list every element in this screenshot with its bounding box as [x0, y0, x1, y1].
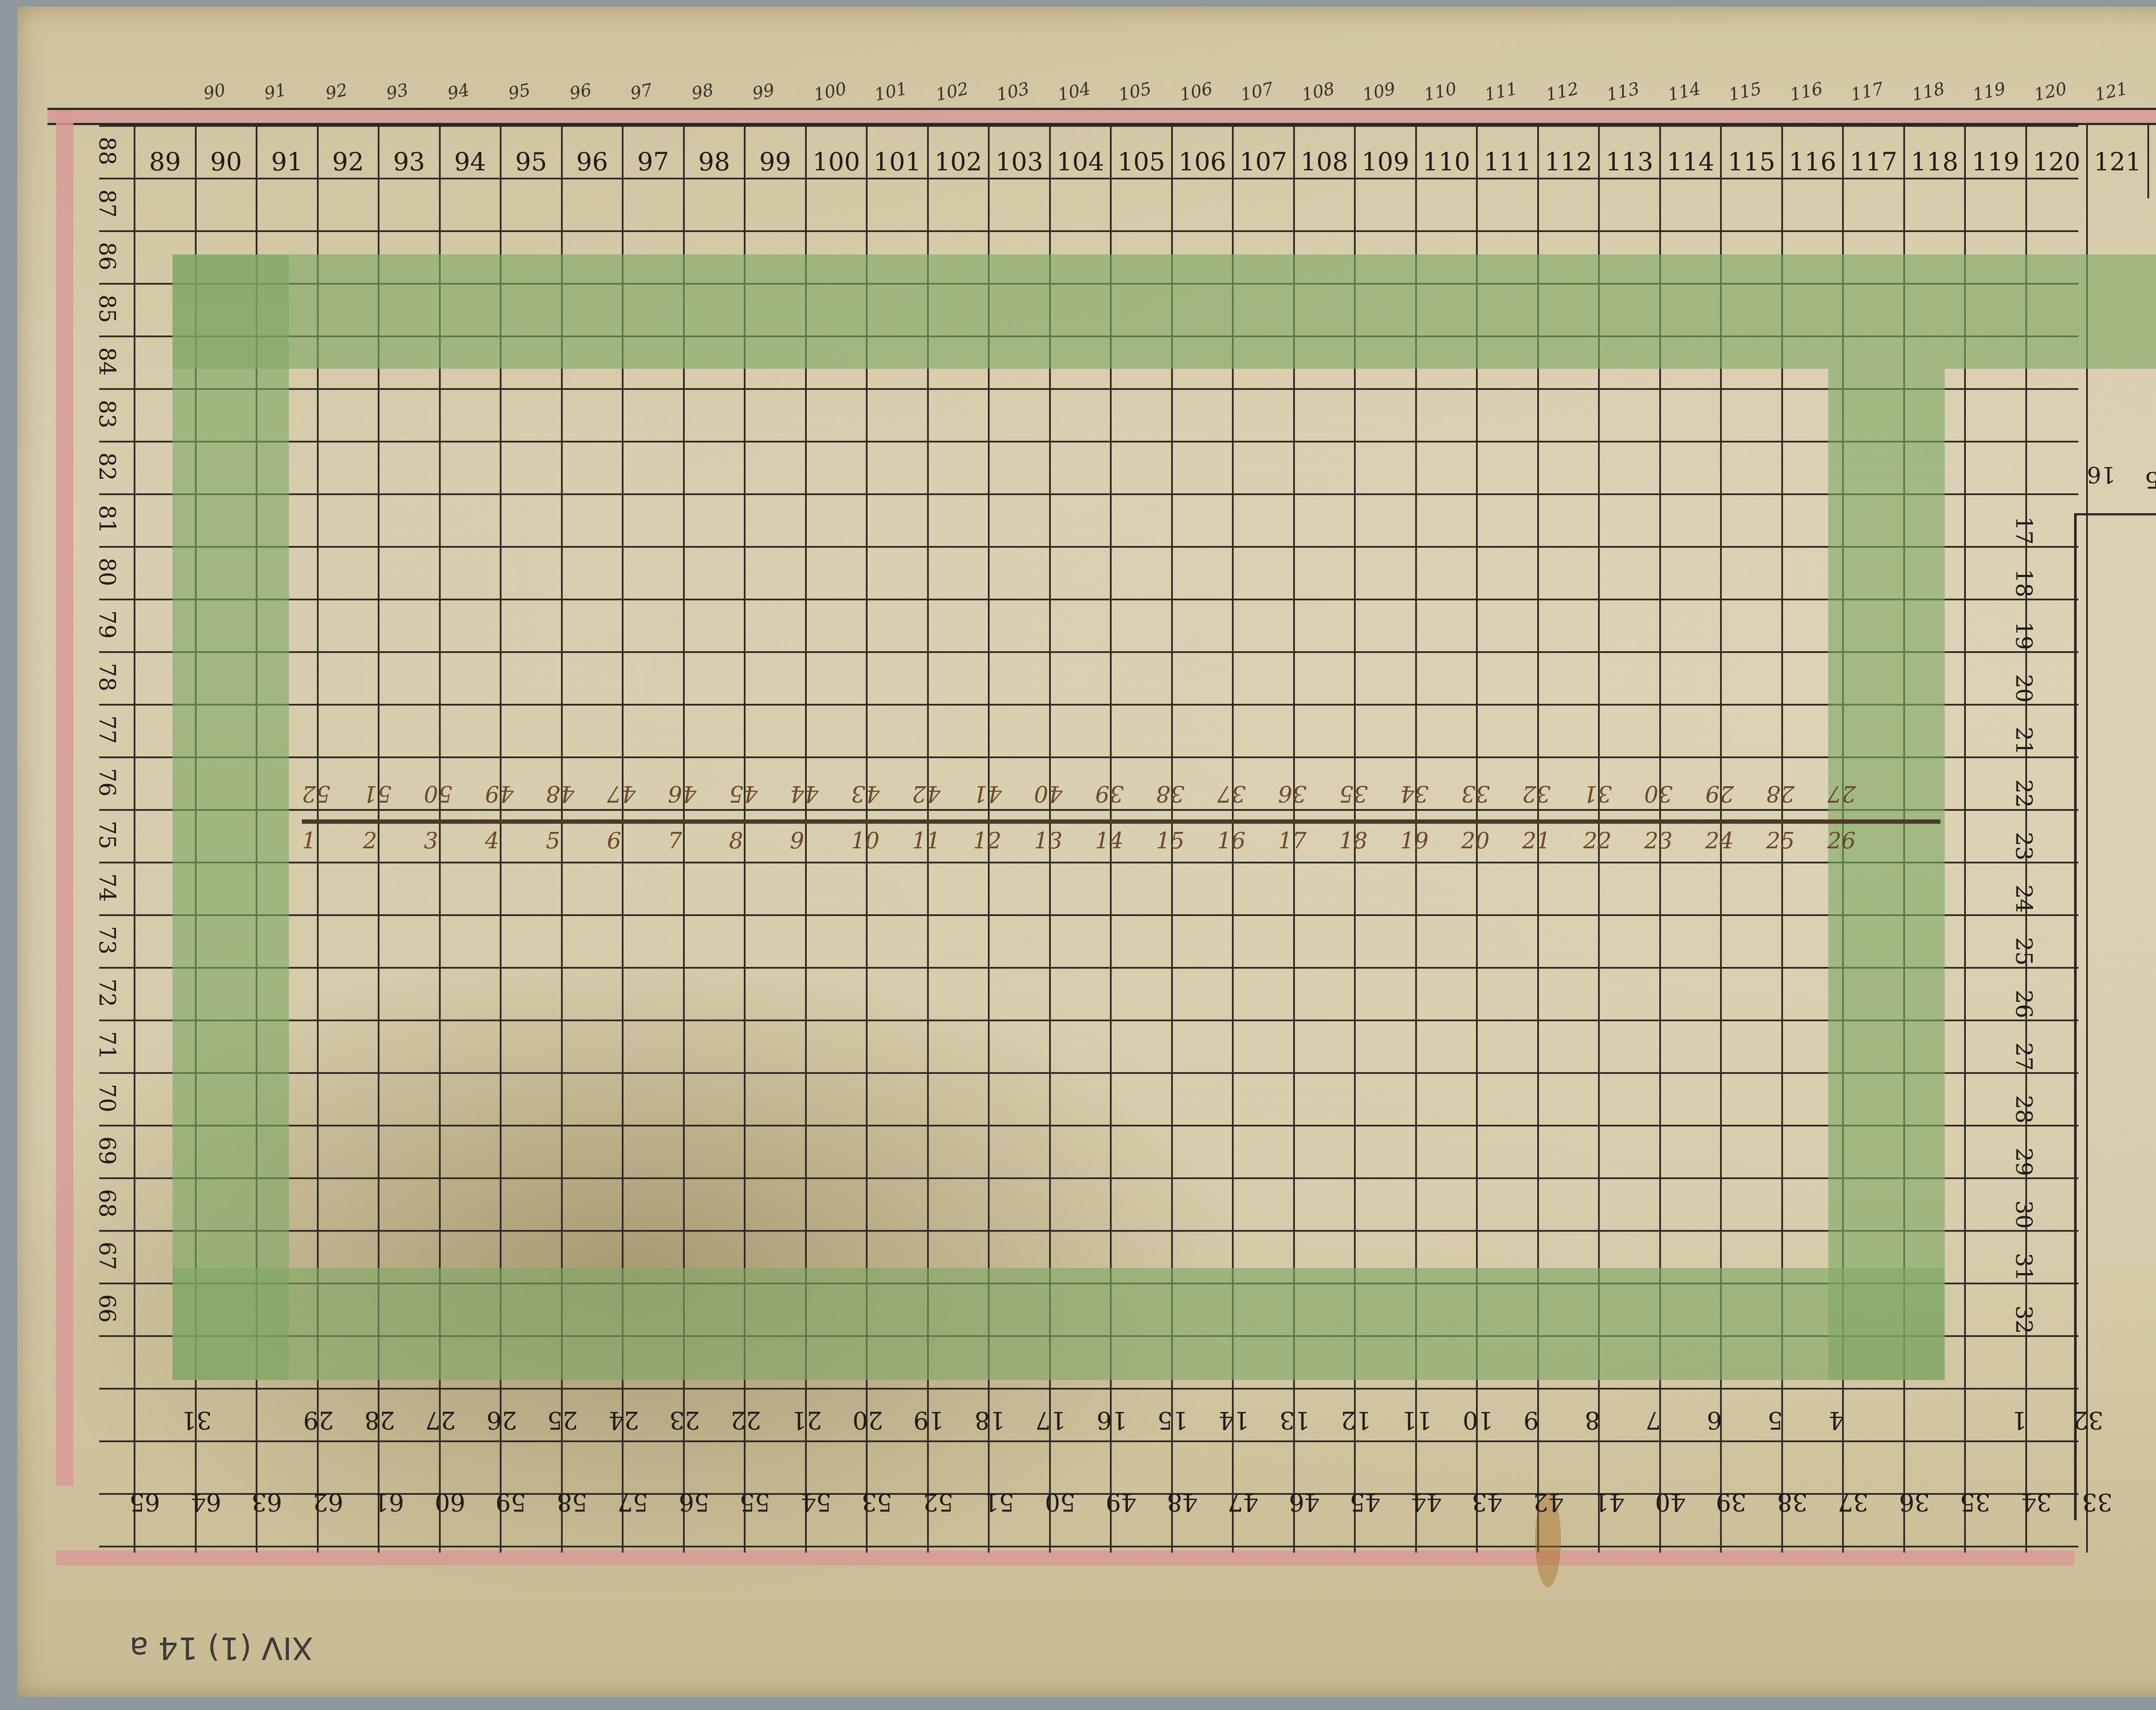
parcel-number-left: 88 [94, 137, 120, 165]
parcel-number-middle-lower: 9 [790, 828, 804, 854]
parcel-number-top: 100 [805, 125, 866, 198]
parcel-number-bottom-inner: 7 [1645, 1406, 1661, 1434]
parcel-number-left: 77 [94, 715, 120, 744]
parcel-number-bottom-inner: 20 [852, 1406, 883, 1434]
parcel-number-middle-upper: 38 [1156, 781, 1185, 806]
parcel-number-bottom-outer: 45 [1350, 1488, 1380, 1516]
grid-hline [99, 1388, 2078, 1390]
parcel-number-middle-lower: 2 [363, 828, 377, 854]
grid-hline [99, 230, 2078, 232]
parcel-number-middle-lower: 10 [851, 828, 880, 854]
grid-hline [99, 756, 2078, 758]
detached-parcel-panel [2074, 513, 2156, 1520]
grid-hline [99, 1072, 2078, 1074]
parcel-number-bottom-outer: 38 [1777, 1488, 1808, 1516]
parcel-number-bottom-inner: 14 [1219, 1406, 1249, 1434]
parcel-number-middle-upper: 44 [790, 781, 818, 806]
parcel-number-middle-lower: 16 [1217, 828, 1246, 854]
parcel-number-panel: 16 [2087, 461, 2115, 487]
parcel-number-middle-lower: 6 [607, 828, 621, 854]
parcel-number-bottom-outer: 55 [740, 1488, 770, 1516]
parcel-number-bottom-outer: 47 [1228, 1488, 1258, 1516]
parcel-number-bottom-outer: 58 [557, 1488, 587, 1516]
parcel-number-right: 25 [2011, 937, 2037, 966]
parcel-number-right: 18 [2011, 569, 2037, 597]
parcel-number-right: 32 [2011, 1305, 2037, 1334]
parcel-number-bottom-outer: 54 [801, 1488, 831, 1516]
parcel-number-bottom-inner: 1 [2012, 1406, 2027, 1434]
parcel-number-right: 24 [2011, 885, 2037, 913]
parcel-number-left: 83 [94, 400, 120, 428]
border-line-top-outer [47, 108, 2156, 110]
parcel-number-bottom-inner: 28 [364, 1406, 395, 1434]
grid-hline [99, 1125, 2078, 1126]
parcel-number-middle-lower: 3 [424, 828, 438, 854]
parcel-number-bottom-outer: 59 [495, 1488, 526, 1516]
shelfmark-label: XIV (1) 14 a [129, 1630, 313, 1666]
parcel-number-bottom-inner: 16 [1097, 1406, 1127, 1434]
parcel-number-middle-lower: 21 [1522, 828, 1551, 854]
parcel-number-top: 114 [1659, 125, 1720, 198]
parcel-number-left: 84 [94, 347, 120, 376]
parcel-number-bottom-outer: 64 [191, 1488, 221, 1516]
parcel-number-top: 89 [134, 125, 195, 198]
parcel-number-middle-upper: 32 [1522, 781, 1551, 806]
parcel-number-left: 66 [94, 1294, 120, 1323]
parcel-number-middle-lower: 11 [912, 828, 940, 854]
parcel-number-bottom-outer: 41 [1594, 1488, 1624, 1516]
parcel-number-left: 69 [94, 1136, 120, 1165]
parcel-number-bottom-inner: 9 [1523, 1406, 1539, 1434]
parcel-number-bottom-inner: 27 [425, 1406, 456, 1434]
parcel-number-bottom-outer: 56 [679, 1488, 709, 1516]
parcel-number-bottom-inner: 15 [1157, 1406, 1188, 1434]
red-border-bottom [56, 1550, 2074, 1566]
parcel-number-middle-upper: 45 [729, 781, 758, 806]
parcel-number-middle-upper: 43 [851, 781, 880, 806]
parcel-number-top: 115 [1720, 125, 1781, 198]
parcel-number-bottom-outer: 60 [435, 1488, 465, 1516]
green-band-left [172, 254, 289, 1380]
parcel-number-top: 108 [1293, 125, 1354, 198]
grid-hline [99, 1440, 2078, 1442]
parcel-number-bottom-inner: 11 [1401, 1406, 1432, 1434]
grid-hline [99, 914, 2078, 916]
parcel-number-right: 17 [2011, 516, 2037, 545]
parcel-number-left: 70 [94, 1084, 120, 1112]
parcel-number-top: 110 [1415, 125, 1476, 198]
parcel-number-top: 99 [744, 125, 805, 198]
parcel-number-top: 118 [1903, 125, 1965, 198]
parcel-number-top: 121 [2086, 125, 2147, 198]
parcel-number-bottom-outer: 37 [1838, 1488, 1868, 1516]
parcel-number-left: 67 [94, 1242, 120, 1270]
parcel-number-middle-upper: 52 [302, 781, 330, 806]
parcel-number-bottom-inner: 22 [730, 1406, 761, 1434]
parcel-number-bottom-outer: 42 [1533, 1488, 1564, 1516]
parcel-number-top: 105 [1110, 125, 1171, 198]
parcel-number-left: 78 [94, 663, 120, 691]
parcel-number-top: 104 [1049, 125, 1110, 198]
parcel-number-right: 31 [2011, 1253, 2037, 1281]
grid-hline [99, 809, 2078, 811]
parcel-number-right: 23 [2011, 832, 2037, 860]
parcel-number-bottom-outer: 44 [1411, 1488, 1442, 1516]
parcel-number-left: 79 [94, 610, 120, 639]
parcel-number-panel: 15 [2145, 467, 2156, 493]
parcel-number-middle-upper: 34 [1400, 781, 1429, 806]
parcel-number-bottom-outer: 43 [1472, 1488, 1502, 1516]
parcel-number-bottom-inner: 26 [486, 1406, 517, 1434]
parcel-number-middle-lower: 14 [1095, 828, 1124, 854]
parcel-number-bottom-outer: 57 [617, 1488, 648, 1516]
red-border-left [56, 110, 73, 1486]
parcel-number-top: 109 [1354, 125, 1415, 198]
parcel-number-left: 82 [94, 452, 120, 481]
parcel-number-bottom-inner: 17 [1035, 1406, 1066, 1434]
middle-thick-line [302, 819, 1940, 824]
parcel-number-top: 112 [1537, 125, 1598, 198]
grid-vline [134, 125, 135, 1553]
parcel-number-bottom-inner: 19 [913, 1406, 944, 1434]
parcel-number-middle-lower: 4 [485, 828, 499, 854]
parcel-number-bottom-inner: 8 [1585, 1406, 1600, 1434]
parcel-number-left: 76 [94, 768, 120, 797]
parcel-number-middle-upper: 39 [1095, 781, 1124, 806]
parcel-number-top: 94 [439, 125, 500, 198]
parcel-number-bottom-inner: 21 [791, 1406, 822, 1434]
parcel-number-middle-lower: 8 [729, 828, 743, 854]
parcel-number-bottom-inner: 18 [975, 1406, 1005, 1434]
parcel-number-middle-upper: 51 [363, 781, 392, 806]
parcel-number-top: 101 [866, 125, 927, 198]
parcel-number-top: 102 [927, 125, 988, 198]
parcel-number-bottom-inner: 4 [1829, 1406, 1844, 1434]
parcel-number-bottom-inner: 23 [669, 1406, 700, 1434]
parcel-number-middle-upper: 29 [1705, 781, 1734, 806]
parcel-number-top: 113 [1598, 125, 1659, 198]
parcel-number-middle-lower: 23 [1644, 828, 1673, 854]
parcel-number-top: 122 [2147, 125, 2156, 198]
grid-hline [99, 599, 2078, 600]
parcel-number-right: 27 [2011, 1042, 2037, 1071]
grid-hline [99, 441, 2078, 442]
parcel-number-middle-upper: 48 [546, 781, 574, 806]
parcel-number-top: 103 [988, 125, 1049, 198]
parcel-number-bottom-outer: 52 [923, 1488, 953, 1516]
parcel-number-middle-upper: 33 [1461, 781, 1490, 806]
parcel-number-right: 19 [2011, 621, 2037, 650]
parcel-number-middle-lower: 1 [302, 828, 316, 854]
parcel-number-top: 116 [1781, 125, 1843, 198]
red-border-top [47, 110, 2156, 123]
parcel-number-left: 75 [94, 821, 120, 849]
parcel-number-left: 80 [94, 558, 120, 586]
parcel-number-top: 92 [317, 125, 378, 198]
grid-hline [99, 651, 2078, 653]
parcel-number-top: 107 [1232, 125, 1293, 198]
parcel-number-bottom-inner: 10 [1463, 1406, 1493, 1434]
parcel-number-bottom-inner: 31 [181, 1406, 212, 1434]
parcel-number-left: 74 [94, 873, 120, 902]
parcel-number-left: 68 [94, 1189, 120, 1217]
parcel-number-left: 85 [94, 295, 120, 323]
parcel-number-bottom-outer: 36 [1899, 1488, 1930, 1516]
parcel-number-bottom-outer: 35 [1960, 1488, 1990, 1516]
grid-hline [99, 546, 2078, 548]
parcel-number-middle-lower: 12 [973, 828, 1002, 854]
parcel-number-middle-upper: 50 [424, 781, 452, 806]
parcel-number-middle-lower: 20 [1461, 828, 1490, 854]
parcel-number-top: 98 [683, 125, 744, 198]
parcel-number-bottom-inner: 25 [547, 1406, 578, 1434]
parcel-number-top: 97 [622, 125, 683, 198]
parcel-number-bottom-outer: 50 [1045, 1488, 1075, 1516]
parcel-number-middle-upper: 46 [668, 781, 696, 806]
grid-hline [99, 1230, 2078, 1232]
parcel-number-middle-lower: 7 [668, 828, 682, 854]
grid-hline [99, 862, 2078, 863]
parcel-number-top: 120 [2025, 125, 2087, 198]
parcel-number-bottom-outer: 34 [2021, 1488, 2052, 1516]
grid-hline [99, 493, 2078, 495]
parcel-number-bottom-inner: 32 [2073, 1406, 2103, 1434]
grid-hline [99, 388, 2078, 390]
parcel-number-middle-lower: 19 [1400, 828, 1429, 854]
parcel-number-middle-lower: 18 [1339, 828, 1368, 854]
parcel-number-bottom-inner: 29 [303, 1406, 334, 1434]
parcel-number-left: 71 [94, 1031, 120, 1060]
parcel-number-middle-lower: 25 [1766, 828, 1795, 854]
parcel-number-right: 21 [2011, 727, 2037, 755]
parcel-number-top: 117 [1842, 125, 1903, 198]
parcel-number-middle-lower: 15 [1156, 828, 1185, 854]
parcel-number-top: 95 [500, 125, 561, 198]
parcel-number-bottom-outer: 40 [1655, 1488, 1686, 1516]
parcel-number-middle-upper: 37 [1217, 781, 1246, 806]
green-band-right [1828, 369, 1945, 1380]
parcel-number-left: 87 [94, 189, 120, 218]
parcel-number-bottom-outer: 51 [984, 1488, 1014, 1516]
grid-hline [99, 1177, 2078, 1179]
parcel-number-middle-lower: 22 [1583, 828, 1612, 854]
parcel-number-right: 30 [2011, 1200, 2037, 1229]
parcel-number-top: 93 [378, 125, 439, 198]
parcel-number-left: 72 [94, 979, 120, 1007]
parcel-number-middle-lower: 24 [1705, 828, 1734, 854]
parcel-number-bottom-outer: 53 [862, 1488, 892, 1516]
parcel-number-right: 28 [2011, 1095, 2037, 1123]
parcel-number-bottom-outer: 48 [1167, 1488, 1197, 1516]
parcel-number-middle-upper: 40 [1034, 781, 1062, 806]
parcel-number-middle-upper: 47 [607, 781, 636, 806]
green-band-top [172, 254, 2156, 369]
parcel-number-bottom-outer: 63 [251, 1488, 282, 1516]
green-band-bottom [172, 1268, 1945, 1380]
parcel-number-bottom-inner: 24 [608, 1406, 639, 1434]
parcel-number-middle-upper: 27 [1827, 781, 1856, 806]
parcel-number-bottom-inner: 13 [1279, 1406, 1310, 1434]
parcel-number-middle-upper: 36 [1278, 781, 1307, 806]
parcel-number-middle-upper: 49 [485, 781, 514, 806]
parcel-number-top: 91 [256, 125, 317, 198]
parcel-number-middle-upper: 41 [973, 781, 1002, 806]
parcel-number-bottom-inner: 12 [1341, 1406, 1371, 1434]
parcel-number-bottom-outer: 33 [2082, 1488, 2112, 1516]
parcel-number-middle-lower: 17 [1278, 828, 1307, 854]
parcel-number-bottom-outer: 49 [1106, 1488, 1136, 1516]
parcel-number-top: 90 [195, 125, 256, 198]
grid-hline [99, 967, 2078, 969]
parcel-number-bottom-outer: 46 [1289, 1488, 1319, 1516]
parcel-number-right: 29 [2011, 1148, 2037, 1176]
parcel-number-middle-upper: 35 [1339, 781, 1368, 806]
parcel-number-middle-lower: 13 [1034, 828, 1062, 854]
parcel-number-right: 26 [2011, 990, 2037, 1018]
parcel-number-left: 73 [94, 926, 120, 954]
parcel-number-bottom-outer: 65 [129, 1488, 160, 1516]
parcel-number-right: 22 [2011, 779, 2037, 808]
parcel-number-left: 81 [94, 505, 120, 533]
grid-hline [99, 1546, 2078, 1547]
parcel-number-left: 86 [94, 242, 120, 270]
grid-hline [99, 1020, 2078, 1021]
detached-panel-label-row: 16151413121110987654321 [2074, 453, 2156, 513]
parcel-number-bottom-inner: 6 [1707, 1406, 1722, 1434]
parcel-number-middle-lower: 5 [546, 828, 560, 854]
parcel-number-middle-upper: 31 [1583, 781, 1612, 806]
parcel-number-bottom-outer: 61 [373, 1488, 404, 1516]
parcel-number-middle-upper: 42 [912, 781, 940, 806]
grid-hline [99, 704, 2078, 706]
parcel-number-top: 96 [561, 125, 622, 198]
parcel-number-middle-lower: 26 [1827, 828, 1856, 854]
parcel-number-middle-upper: 30 [1644, 781, 1673, 806]
parcel-number-right: 20 [2011, 674, 2037, 703]
parcel-number-top: 106 [1171, 125, 1232, 198]
parcel-number-top: 111 [1476, 125, 1537, 198]
parcel-number-bottom-outer: 62 [313, 1488, 343, 1516]
parcel-number-top: 119 [1964, 125, 2025, 198]
parcel-number-bottom-inner: 5 [1767, 1406, 1783, 1434]
parcel-number-bottom-outer: 39 [1716, 1488, 1746, 1516]
parcel-number-middle-upper: 28 [1766, 781, 1795, 806]
